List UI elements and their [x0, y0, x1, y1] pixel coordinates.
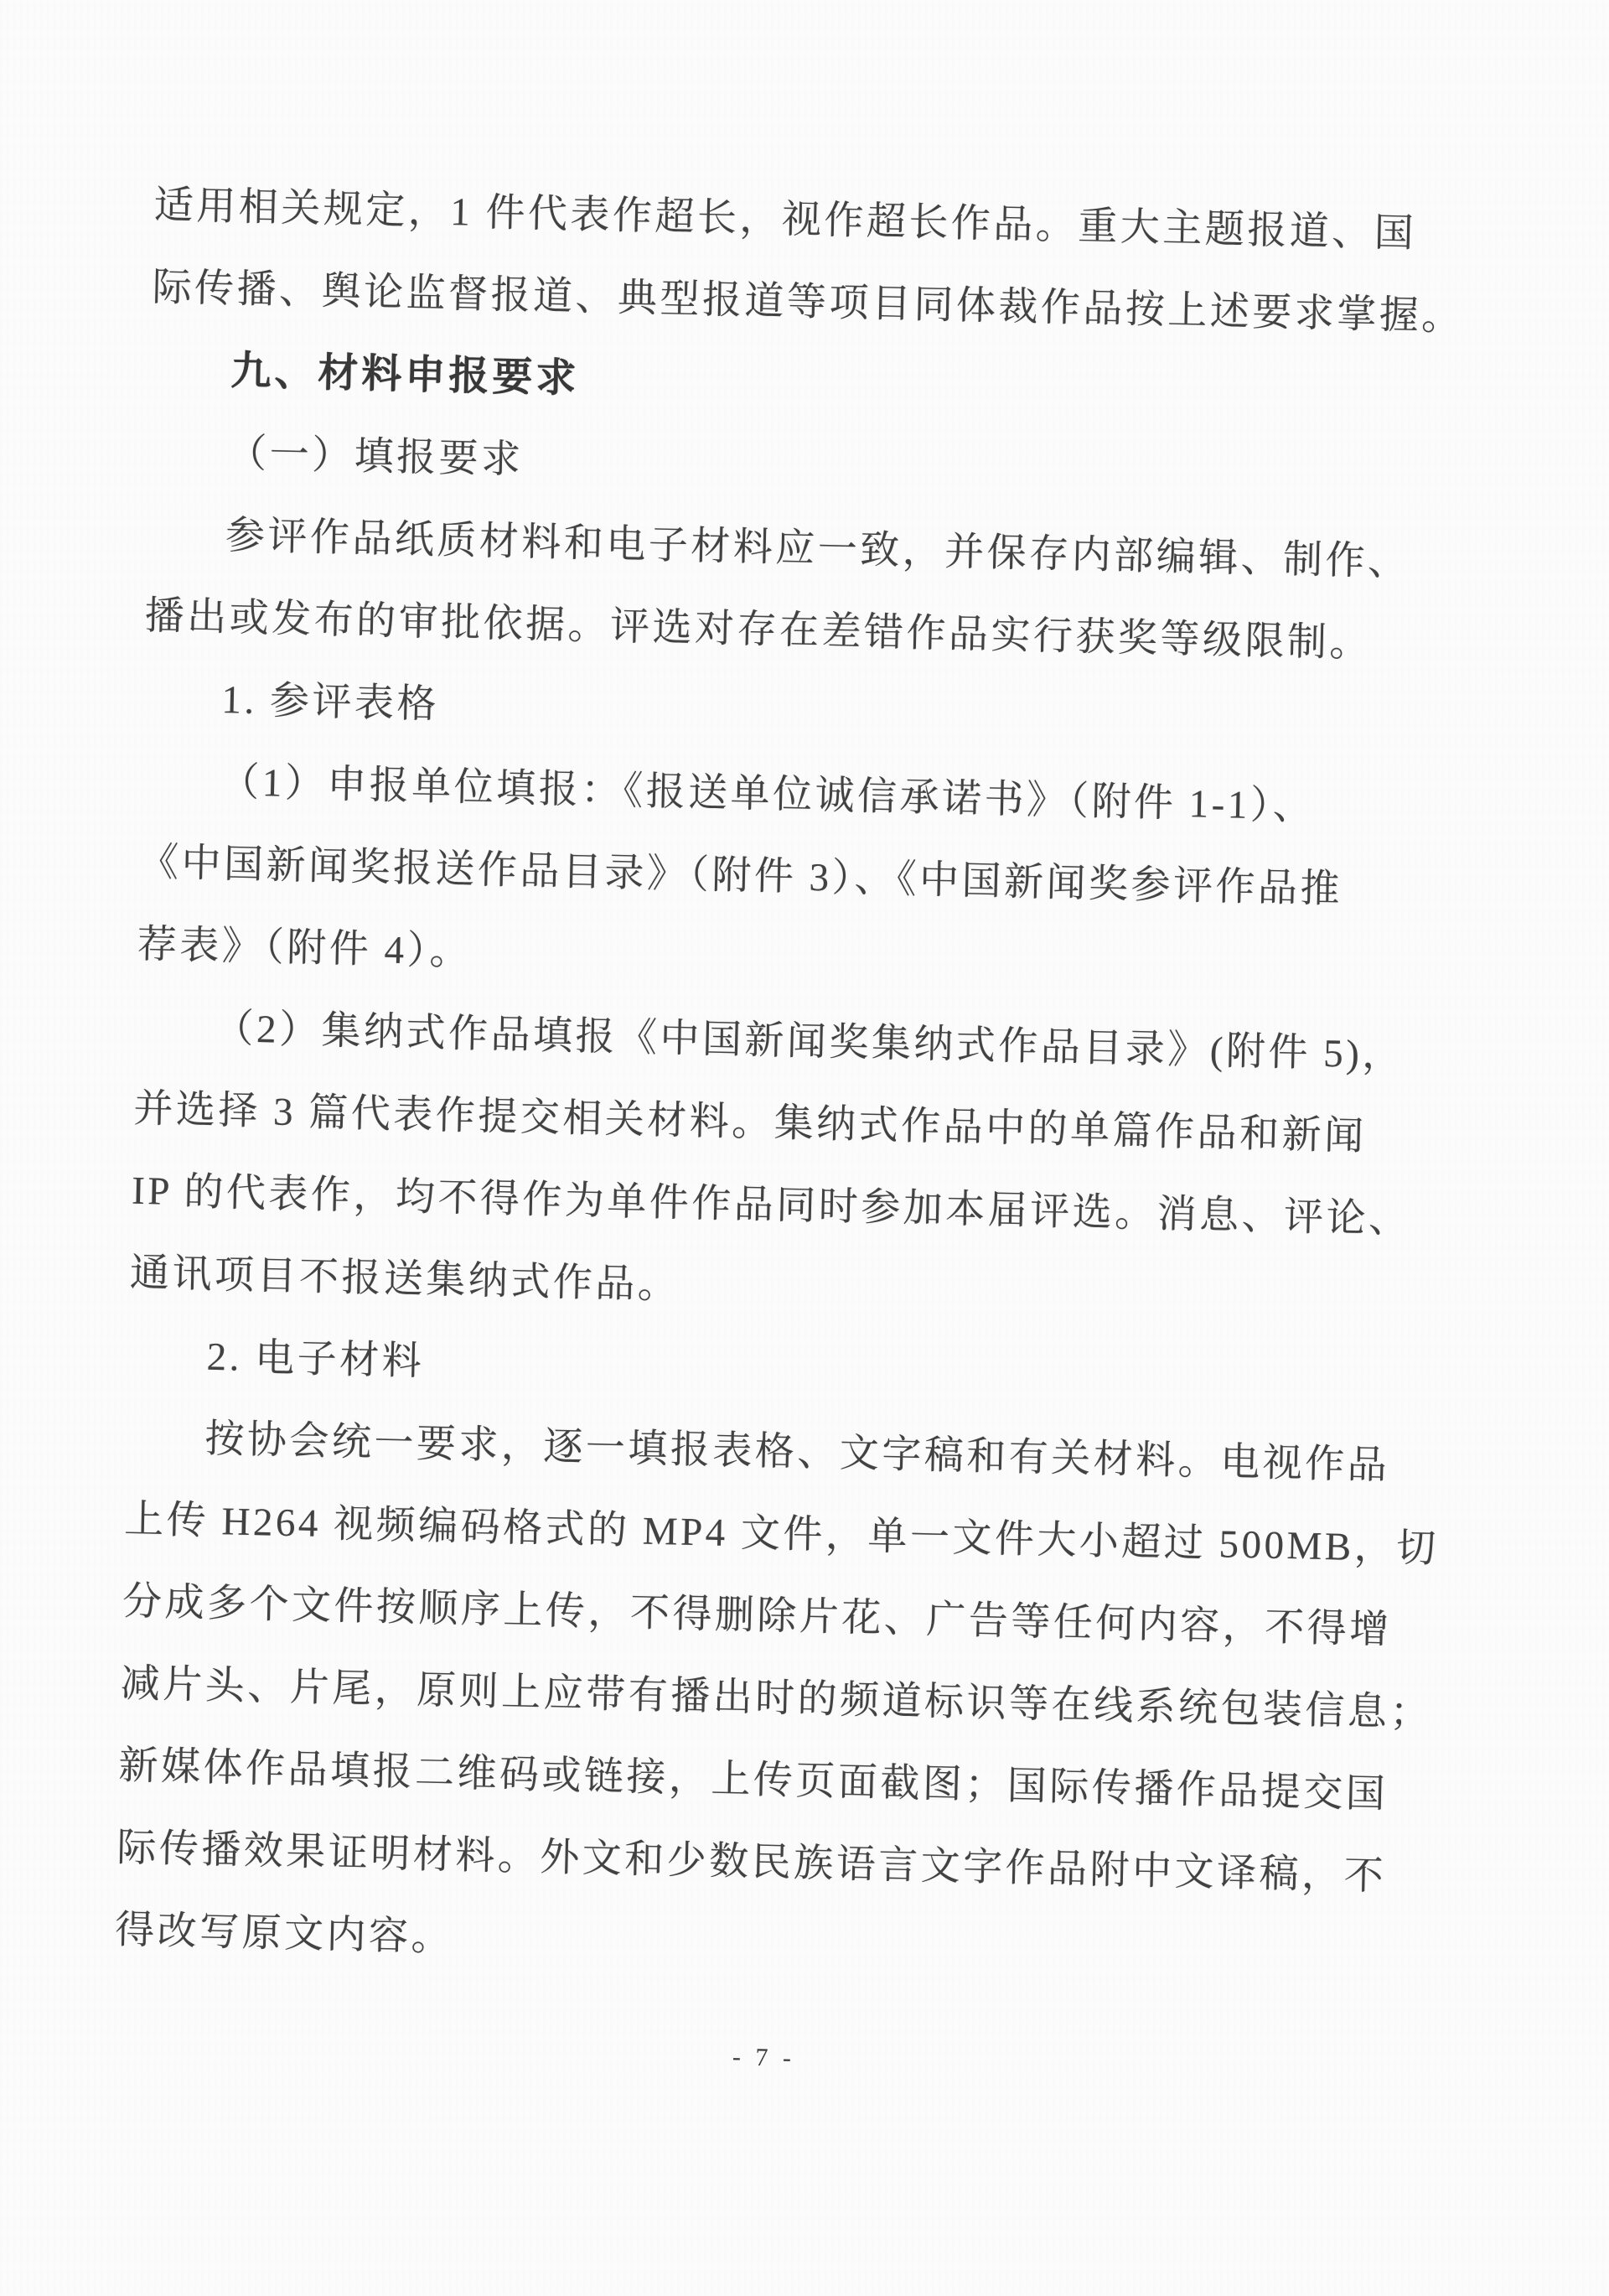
page-number: - 7 -: [732, 2043, 796, 2073]
document-page: 适用相关规定，1 件代表作超长，视作超长作品。重大主题报道、国际传播、舆论监督报…: [0, 0, 1609, 2296]
document-body: 适用相关规定，1 件代表作超长，视作超长作品。重大主题报道、国际传播、舆论监督报…: [0, 161, 1462, 2001]
scanned-text-area: 适用相关规定，1 件代表作超长，视作超长作品。重大主题报道、国际传播、舆论监督报…: [0, 161, 1609, 2004]
